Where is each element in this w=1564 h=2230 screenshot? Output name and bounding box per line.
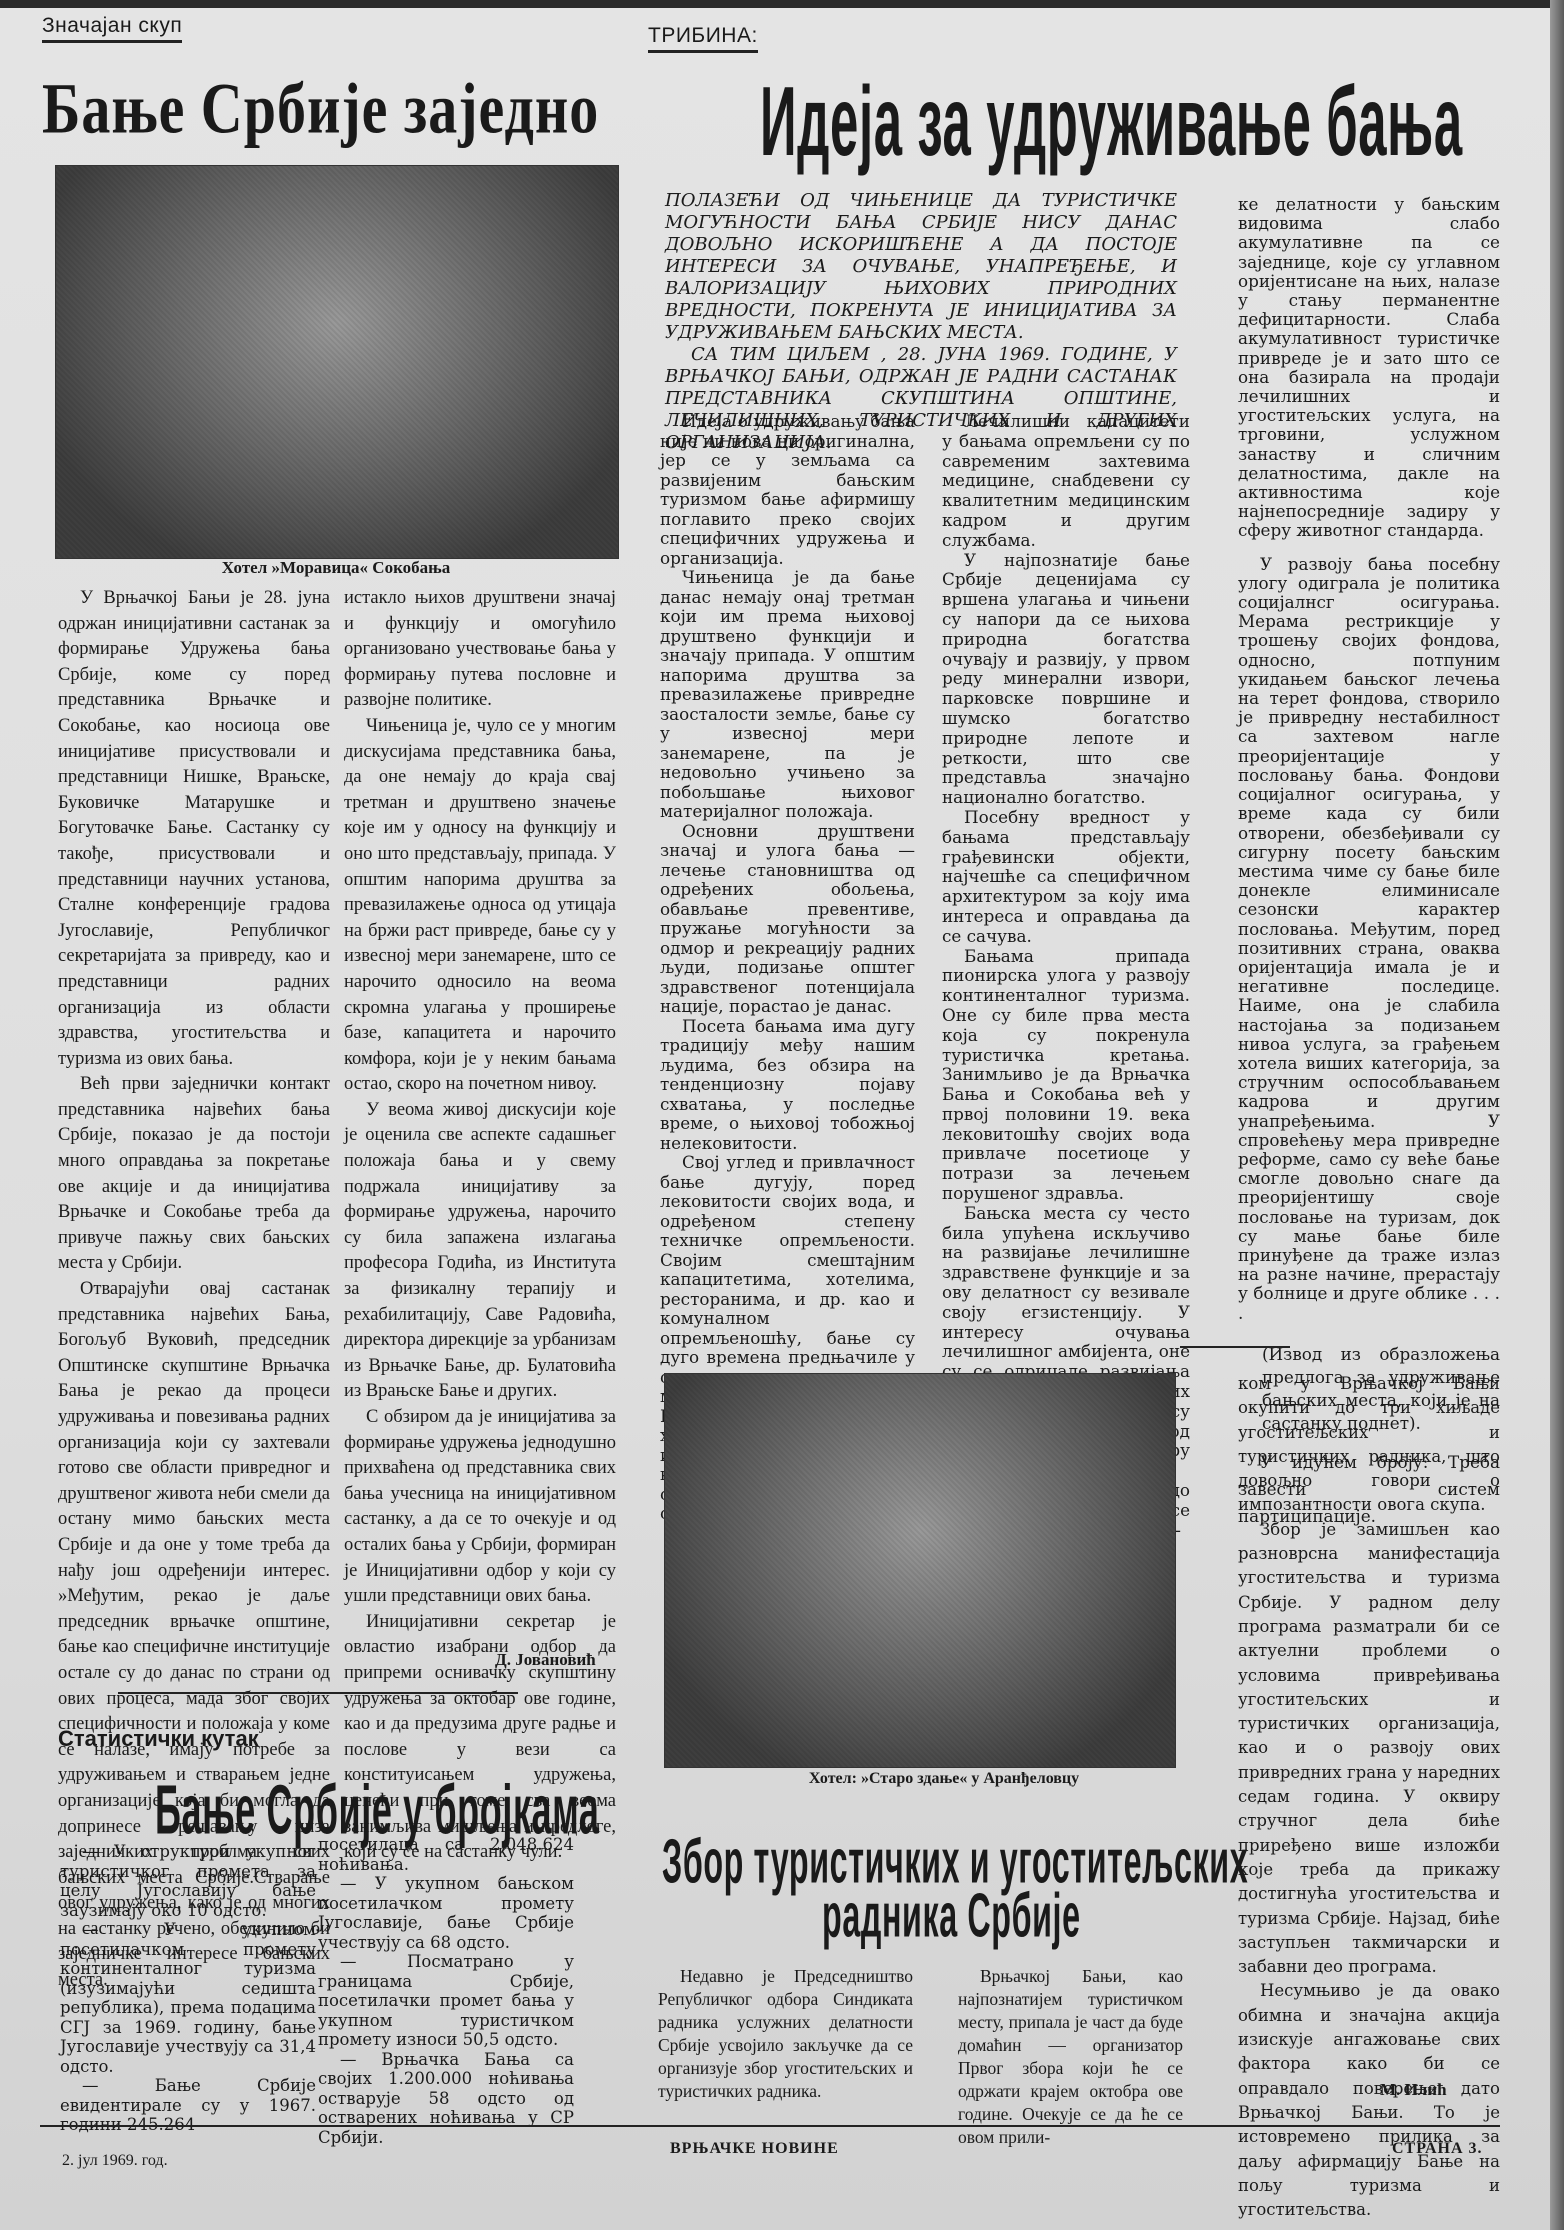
footer-paper-name: ВРЊАЧКЕ НОВИНЕ [670, 2140, 839, 2158]
signature-ilic: М. Илић [1380, 2080, 1447, 2100]
signature-jovanovic: Д. Јовановић [495, 1650, 596, 1670]
scan-right-edge [1550, 0, 1564, 2230]
divider [118, 1692, 518, 1694]
paragraph: истакло њихов друштвени значај и функциј… [344, 586, 616, 714]
stats-col1: — У структури укупног туристичког промет… [60, 1842, 316, 2135]
paragraph: Основни друштвени значај и улога бања — … [660, 822, 915, 1017]
divider [1180, 1346, 1290, 1348]
stat-item: — У структури укупног туристичког промет… [60, 1842, 316, 1920]
photo-caption-moravica: Хотел »Моравица« Сокобања [55, 558, 617, 578]
stat-item: — У укупном посетилачком промету контине… [60, 1920, 316, 2076]
photo-caption-staro-zdanje: Хотел: »Старо здање« у Аранђеловцу [664, 1770, 1224, 1788]
paragraph: Посебну вредност у бањама представљају г… [942, 808, 1190, 947]
photo-hotel-moravica [55, 165, 619, 559]
footer-page-number: СТРАНА 3. [1392, 2140, 1483, 2158]
tribune-kicker: ТРИБИНА: [648, 24, 758, 53]
paragraph: Већ први заједнички контакт представника… [58, 1072, 330, 1277]
paragraph: ке делатности у бањским видовима слабо а… [1238, 195, 1500, 541]
paragraph: Чињеница је да бање данас немају онај тр… [660, 568, 915, 822]
zbor-col2: Врњачкој Бањи, као најпознатијем туристи… [958, 1965, 1183, 2149]
paragraph: Врњачкој Бањи, као најпознатијем туристи… [958, 1965, 1183, 2149]
scan-top-edge [0, 0, 1564, 8]
footer-rule [40, 2125, 1500, 2127]
zbor-headline-line2: радника Србије [822, 1880, 1081, 1952]
paragraph: У Врњачкој Бањи је 28. јуна одржан иници… [58, 586, 330, 1072]
left-kicker: Значајан скуп [42, 14, 182, 43]
paragraph: ком у Врњачкој Бањи окупити до три хиљад… [1238, 1372, 1500, 1518]
footer-date: 2. јул 1969. год. [62, 2152, 168, 2170]
paragraph: Чињеница је, чуло се у многим дискусијам… [344, 714, 616, 1098]
newspaper-page: Значајан скуп Бање Србије заједно Хотел … [0, 0, 1564, 2230]
paragraph: Идеја о удруживању бања није ни нова ни … [660, 412, 915, 568]
zbor-right-col: ком у Врњачкој Бањи окупити до три хиљад… [1238, 1372, 1500, 2222]
stat-item: — Посматрано у границама Србије, посетил… [318, 1952, 574, 2050]
tribune-col1: Идеја о удруживању бања није ни нова ни … [660, 412, 915, 1524]
zbor-col1: Недавно је Председништво Републичког одб… [658, 1965, 913, 2103]
tribune-col3: ке делатности у бањским видовима слабо а… [1238, 195, 1500, 1530]
paragraph: У развоју бања посебну улогу одиграла је… [1238, 555, 1500, 1323]
paragraph: Несумњиво је да овако обимна и значајна … [1238, 1979, 1500, 2222]
tribune-col2: Лечилишни капацитети у бањама опремљени … [942, 412, 1190, 1540]
lead-paragraph: ПОЛАЗЕЋИ ОД ЧИЊЕНИЦЕ ДА ТУРИСТИЧКЕ МОГУЋ… [665, 190, 1177, 344]
stat-item: — Врњачка Бања са својих 1.200.000 ноћив… [318, 2050, 574, 2148]
paragraph: Посета бањама има дугу традицију међу на… [660, 1017, 915, 1154]
stats-kicker: Статистички кутак [58, 1726, 259, 1752]
paragraph: У веома живој дискусији које је оценила … [344, 1098, 616, 1405]
stat-item: посетилаца са 2,048.624 ноћивања. [318, 1835, 574, 1874]
left-article-col2: истакло њихов друштвени значај и функциј… [344, 586, 616, 1866]
stat-item: — У укупном бањском посетилачком промету… [318, 1874, 574, 1952]
paragraph: Лечилишни капацитети у бањама опремљени … [942, 412, 1190, 551]
tribune-headline: Идеја за удруживање бања [760, 66, 1463, 179]
paragraph: С обзиром да је иницијатива за формирање… [344, 1405, 616, 1610]
left-headline: Бање Србије заједно [42, 66, 599, 150]
stats-col2: посетилаца са 2,048.624 ноћивања. — У ук… [318, 1835, 574, 2147]
photo-staro-zdanje [664, 1373, 1176, 1768]
paragraph: Бањама припада пионирска улога у развоју… [942, 947, 1190, 1204]
paragraph: Недавно је Председништво Републичког одб… [658, 1965, 913, 2103]
paragraph: У најпознатије бање Србије деценијама су… [942, 551, 1190, 808]
paragraph: Збор је замишљен као разноврсна манифест… [1238, 1518, 1500, 1980]
